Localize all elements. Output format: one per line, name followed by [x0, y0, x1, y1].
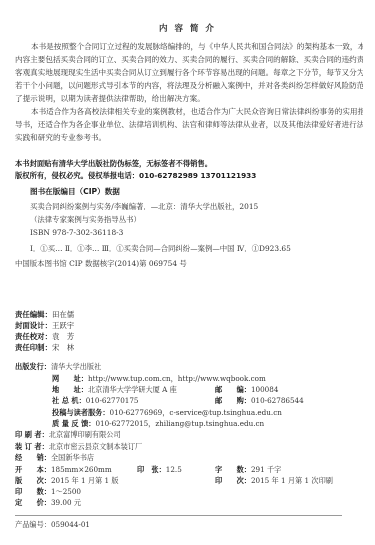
impression-label: 印 次： — [215, 476, 251, 485]
summary-line: 若干个小问题，以问题形式导引本节的内容，将法理及分析融入案例中，并对各类纠纷怎样… — [15, 79, 363, 92]
service-value: 010-62776969，c-service@tup.tsinghua.edu.… — [110, 408, 282, 417]
price-label: 定 价： — [15, 498, 51, 507]
words-value: 291 千字 — [251, 465, 281, 474]
copies-label: 印 数： — [15, 487, 51, 496]
mail-order-label: 邮 购： — [215, 396, 251, 405]
publisher-switchboard: 社 总 机：010-62770175 — [52, 395, 139, 406]
distributor-label: 经 销： — [15, 453, 51, 462]
printing-distributor: 经 销：全国新华书店 — [15, 452, 94, 463]
printing-printer: 印 刷 者：北京富博印刷有限公司 — [15, 429, 121, 440]
publisher-reader-service: 投稿与读者服务：010-62776969，c-service@tup.tsing… — [52, 407, 282, 418]
sheets-label: 印 张： — [137, 465, 166, 474]
staff-print-supervisor: 责任印制：宋 林 — [15, 342, 74, 353]
product-number: 产品编号：059044-01 — [15, 519, 90, 530]
edition-label: 版 次： — [15, 476, 51, 485]
staff-value: 宋 林 — [52, 343, 74, 352]
copies-value: 1～2500 — [51, 487, 81, 496]
cip-line-isbn: ISBN 978-7-302-36118-3 — [30, 227, 123, 238]
summary-line: 内容主要包括买卖合同的订立、买卖合同的效力、买卖合同的履行、买卖合同的解除、买卖… — [15, 53, 363, 66]
staff-editor: 责任编辑：田在儒 — [15, 309, 74, 320]
summary-line: 实践和研究的专业参考书。 — [15, 131, 363, 144]
words-label: 字 数： — [215, 465, 251, 474]
format-value: 185mm×260mm — [51, 465, 112, 474]
publisher-label: 出版发行： — [15, 362, 51, 371]
staff-label: 责任印制： — [15, 343, 52, 352]
binder-value: 北京市密云县京文制本装订厂 — [49, 442, 142, 451]
summary-title: 内 容 简 介 — [0, 24, 375, 35]
printing-word-count: 字 数：291 千字 — [215, 464, 281, 475]
binder-label: 装 订 者： — [15, 442, 49, 451]
impression-value: 2015 年 1 月第 1 次印刷 — [251, 476, 333, 485]
address-value: 北京清华大学学研大厦 A 座 — [88, 385, 177, 394]
website-label: 网 址： — [52, 374, 88, 383]
quality-value: 010-62772015，zhiliang@tup.tsinghua.edu.c… — [95, 419, 264, 428]
summary-line: 导书，还适合作为各企事业单位、法律培训机构、法官和律师等法律从业者，以及其他法律… — [15, 118, 363, 131]
postcode-label: 邮 编： — [215, 385, 251, 394]
piracy-report-notice: 版权所有，侵权必究。侵权举报电话：010-62782989 1370112193… — [15, 170, 256, 181]
product-number-label: 产品编号： — [15, 520, 51, 529]
publisher-name: 清华大学出版社 — [51, 362, 101, 371]
staff-label: 封面设计： — [15, 321, 52, 330]
product-number-value: 059044-01 — [51, 520, 90, 529]
cip-line-series: （法律专家案例与实务指导丛书） — [30, 214, 141, 225]
staff-cover-design: 封面设计：王跃宇 — [15, 320, 74, 331]
publisher-line: 出版发行：清华大学出版社 — [15, 361, 101, 372]
printing-copies: 印 数：1～2500 — [15, 486, 81, 497]
edition-value: 2015 年 1 月第 1 版 — [51, 476, 119, 485]
cip-line-title: 买卖合同纠纷案例与实务/李巍编著．—北京：清华大学出版社，2015 — [30, 201, 258, 212]
sheets-value: 12.5 — [166, 465, 182, 474]
cip-heading: 图书在版编目（CIP）数据 — [30, 186, 120, 197]
switchboard-label: 社 总 机： — [52, 396, 86, 405]
publisher-postcode: 邮 编：100084 — [215, 384, 278, 395]
summary-paragraph-1: 本书是按照整个合同订立过程的发展脉络编排的，与《中华人民共和国合同法》的架构基本… — [15, 40, 363, 105]
printing-format: 开 本：185mm×260mm — [15, 464, 112, 475]
staff-label: 责任编辑： — [15, 310, 52, 319]
cip-line-classification: Ⅰ．①买… Ⅱ．①李… Ⅲ．①买卖合同—合同纠纷—案例—中国 Ⅳ．①D923.6… — [30, 243, 291, 254]
summary-line: 本书是按照整个合同订立过程的发展脉络编排的，与《中华人民共和国合同法》的架构基本… — [15, 40, 363, 53]
printer-value: 北京富博印刷有限公司 — [49, 430, 121, 439]
price-value: 39.00 元 — [51, 498, 81, 507]
publisher-mail-order: 邮 购：010-62786544 — [215, 395, 304, 406]
publisher-quality-feedback: 质 量 反 馈：010-62772015，zhiliang@tup.tsingh… — [52, 418, 264, 429]
postcode-value: 100084 — [251, 385, 278, 394]
quality-label: 质 量 反 馈： — [52, 419, 95, 428]
staff-value: 袁 芳 — [52, 332, 74, 341]
printing-binder: 装 订 者：北京市密云县京文制本装订厂 — [15, 441, 142, 452]
publisher-address: 地 址：北京清华大学学研大厦 A 座 — [52, 384, 177, 395]
printing-price: 定 价：39.00 元 — [15, 497, 81, 508]
format-label: 开 本： — [15, 465, 51, 474]
summary-line: 了提示说明，以期为读者提供法律帮助，给出解决方案。 — [15, 92, 363, 105]
printing-edition: 版 次：2015 年 1 月第 1 版 — [15, 475, 119, 486]
divider — [15, 515, 342, 516]
summary-line: 客观真实地展现现实生活中买卖合同从订立到履行各个环节容易出现的问题。每章之下分节… — [15, 66, 363, 79]
staff-value: 田在儒 — [52, 310, 74, 319]
staff-proofreader: 责任校对：袁 芳 — [15, 331, 74, 342]
distributor-value: 全国新华书店 — [51, 453, 94, 462]
switchboard-value: 010-62770175 — [86, 396, 139, 405]
printing-sheets: 印 张：12.5 — [137, 464, 182, 475]
website-value: http://www.tup.com.cn，http://www.wqbook.… — [88, 374, 266, 383]
cip-record-number: 中国版本图书馆 CIP 数据核字(2014)第 069754 号 — [15, 258, 187, 269]
publisher-website: 网 址：http://www.tup.com.cn，http://www.wqb… — [52, 373, 266, 384]
summary-line: 本书适合作为各高校法律相关专业的案例教材，也适合作为广大民众咨询日常法律纠纷事务… — [15, 105, 363, 118]
mail-order-value: 010-62786544 — [251, 396, 304, 405]
address-label: 地 址： — [52, 385, 88, 394]
staff-value: 王跃宇 — [52, 321, 74, 330]
summary-paragraph-2: 本书适合作为各高校法律相关专业的案例教材，也适合作为广大民众咨询日常法律纠纷事务… — [15, 105, 363, 144]
staff-label: 责任校对： — [15, 332, 52, 341]
printing-impression: 印 次：2015 年 1 月第 1 次印刷 — [215, 475, 333, 486]
anti-counterfeit-notice: 本书封面贴有清华大学出版社防伪标签，无标签者不得销售。 — [15, 158, 212, 169]
printer-label: 印 刷 者： — [15, 430, 49, 439]
service-label: 投稿与读者服务： — [52, 408, 110, 417]
